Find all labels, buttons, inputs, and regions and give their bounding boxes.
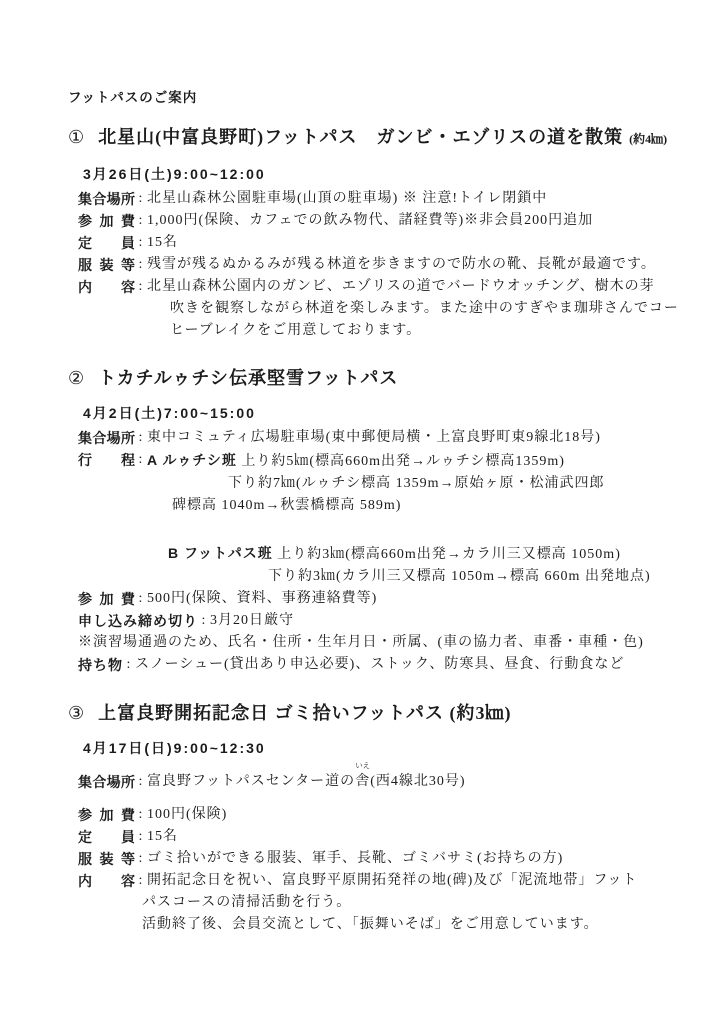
section-1: ① 北星山(中富良野町)フットパス ガンビ・エゾリスの道を散策 (約4㎞) 3月… [68, 124, 684, 342]
training-area-note: ※演習場通過のため、氏名・住所・生年月日・所属、(車の協力者、車番・車種・色) [78, 632, 684, 654]
meeting-place-label: 集合場所 [78, 427, 135, 449]
route-a-ascent: 上り約5㎞(標高660m出発→ルゥチシ標高1359m) [237, 454, 565, 469]
section-2-title-text: トカチルゥチシ伝承堅雪フットパス [98, 365, 398, 391]
meeting-place-value: 北星山森林公園駐車場(山頂の駐車場) ※ 注意!トイレ閉鎖中 [147, 188, 684, 210]
deadline-label: 申し込み締め切り [78, 610, 198, 632]
deadline-value: 3月20日厳守 [210, 610, 684, 632]
content-line-2: パスコースの清掃活動を行う。 [142, 892, 684, 914]
capacity-value: 15名 [147, 826, 684, 848]
fee-value: 500円(保険、資料、事務連絡費等) [147, 588, 684, 610]
capacity-row: 定員 : 15名 [78, 826, 684, 848]
section-3-title-text: 上富良野開拓記念日 ゴミ拾いフットパス (約3㎞) [98, 700, 511, 726]
meeting-place-value: 富良野フットパスセンター道のいえ舎(西4線北30号) [147, 771, 684, 793]
bring-row: 持ち物 : スノーシュー(貸出あり申込必要)、ストック、防寒具、昼食、行動食など [78, 654, 684, 676]
fee-row: 参加費 : 100円(保険) [78, 804, 684, 826]
route-b-line: B フットパス班 上り約3㎞(標高660m出発→カラ川三又標高 1050m) [168, 542, 684, 566]
section-2-date: 4月2日(土)7:00~15:00 [83, 402, 684, 424]
clothing-row: 服装等 : ゴミ拾いができる服装、軍手、長靴、ゴミバサミ(お持ちの方) [78, 848, 684, 870]
content-line-3: 活動終了後、会員交流として、「振舞いそば」をご用意しています。 [142, 914, 684, 936]
meeting-place-label: 集合場所 [78, 188, 135, 210]
ruby-ie: いえ舎 [355, 771, 370, 793]
clothing-row: 服装等 : 残雪が残るぬかるみが残る林道を歩きますので防水の靴、長靴が最適です。 [78, 254, 684, 276]
route-b-group-name: B フットパス班 [168, 545, 273, 561]
section-3-date: 4月17日(日)9:00~12:30 [83, 737, 684, 759]
section-1-number: ① [68, 124, 85, 150]
section-1-distance: (約4㎞) [629, 126, 667, 152]
section-1-title-text: 北星山(中富良野町)フットパス ガンビ・エゾリスの道を散策 [98, 124, 623, 150]
bring-label: 持ち物 [78, 654, 123, 676]
fee-label: 参加費 [78, 588, 135, 610]
meeting-place-address: (西4線北30号) [370, 774, 465, 789]
clothing-value: ゴミ拾いができる服装、軍手、長靴、ゴミバサミ(お持ちの方) [147, 848, 684, 870]
clothing-label: 服装等 [78, 848, 135, 870]
route-a-descent-line-1: 下り約7㎞(ルゥチシ標高 1359m→原始ヶ原・松浦武四郎 [228, 473, 684, 495]
page-title: フットパスのご案内 [68, 88, 684, 107]
route-row: 行程 : A ルゥチシ班 上り約5㎞(標高660m出発→ルゥチシ標高1359m) [78, 449, 684, 473]
route-a-descent-line-2: 碑標高 1040m→秋雲橋標高 589m) [172, 495, 684, 517]
colon: : [135, 771, 147, 793]
colon: : [135, 870, 147, 892]
section-3: ③ 上富良野開拓記念日 ゴミ拾いフットパス (約3㎞) 4月17日(日)9:00… [68, 700, 684, 936]
colon: : [135, 826, 147, 848]
meeting-place-row: 集合場所 : 北星山森林公園駐車場(山頂の駐車場) ※ 注意!トイレ閉鎖中 [78, 188, 684, 210]
route-b-descent-line: 下り約3㎞(カラ川三又標高 1050m→標高 660m 出発地点) [268, 566, 684, 588]
route-a-line: A ルゥチシ班 上り約5㎞(標高660m出発→ルゥチシ標高1359m) [147, 449, 684, 473]
document-page: フットパスのご案内 ① 北星山(中富良野町)フットパス ガンビ・エゾリスの道を散… [0, 0, 724, 1024]
colon: : [123, 654, 135, 676]
content-line-1: 北星山森林公園内のガンビ、エゾリスの道でバードウオッチング、樹木の芽 [147, 276, 684, 298]
furigana-ie: いえ [355, 762, 370, 770]
fee-label: 参加費 [78, 804, 135, 826]
colon: : [135, 210, 147, 232]
section-2-number: ② [68, 365, 85, 391]
colon: : [135, 848, 147, 870]
capacity-label: 定員 [78, 232, 135, 254]
content-line-2: 吹きを観察しながら林道を楽しみます。また途中のすぎやま珈琲さんでコー [170, 298, 684, 320]
clothing-value: 残雪が残るぬかるみが残る林道を歩きますので防水の靴、長靴が最適です。 [147, 254, 684, 276]
capacity-value: 15名 [147, 232, 684, 254]
deadline-row: 申し込み締め切り : 3月20日厳守 [78, 610, 684, 632]
meeting-place-row: 集合場所 : 富良野フットパスセンター道のいえ舎(西4線北30号) [78, 771, 684, 793]
meeting-place-text: 富良野フットパスセンター道の [147, 774, 355, 789]
meeting-place-value: 東中コミュティ広場駐車場(東中郵便局横・上富良野町東9線北18号) [147, 427, 684, 449]
colon: : [135, 588, 147, 610]
colon: : [135, 188, 147, 210]
clothing-label: 服装等 [78, 254, 135, 276]
route-b-ascent: 上り約3㎞(標高660m出発→カラ川三又標高 1050m) [273, 547, 621, 562]
fee-label: 参加費 [78, 210, 135, 232]
content-line-1: 開拓記念日を祝い、富良野平原開拓発祥の地(碑)及び「泥流地帯」フット [147, 870, 684, 892]
colon: : [135, 449, 147, 473]
colon: : [135, 276, 147, 298]
route-a-group-name: A ルゥチシ班 [147, 452, 237, 468]
fee-value: 1,000円(保険、カフェでの飲み物代、諸経費等)※非会員200円追加 [147, 210, 684, 232]
colon: : [135, 427, 147, 449]
content-row: 内容 : 北星山森林公園内のガンビ、エゾリスの道でバードウオッチング、樹木の芽 [78, 276, 684, 298]
section-3-number: ③ [68, 700, 85, 726]
capacity-label: 定員 [78, 826, 135, 848]
content-label: 内容 [78, 276, 135, 298]
route-label: 行程 [78, 449, 135, 473]
capacity-row: 定員 : 15名 [78, 232, 684, 254]
colon: : [135, 254, 147, 276]
colon: : [135, 232, 147, 254]
section-2: ② トカチルゥチシ伝承堅雪フットパス 4月2日(土)7:00~15:00 集合場… [68, 365, 684, 676]
section-1-date: 3月26日(土)9:00~12:00 [83, 163, 684, 185]
section-1-title: ① 北星山(中富良野町)フットパス ガンビ・エゾリスの道を散策 (約4㎞) [68, 124, 684, 152]
section-3-title: ③ 上富良野開拓記念日 ゴミ拾いフットパス (約3㎞) [68, 700, 684, 726]
section-2-title: ② トカチルゥチシ伝承堅雪フットパス [68, 365, 684, 391]
fee-value: 100円(保険) [147, 804, 684, 826]
fee-row: 参加費 : 1,000円(保険、カフェでの飲み物代、諸経費等)※非会員200円追… [78, 210, 684, 232]
meeting-place-row: 集合場所 : 東中コミュティ広場駐車場(東中郵便局横・上富良野町東9線北18号) [78, 427, 684, 449]
meeting-place-label: 集合場所 [78, 771, 135, 793]
colon: : [135, 804, 147, 826]
content-row: 内容 : 開拓記念日を祝い、富良野平原開拓発祥の地(碑)及び「泥流地帯」フット [78, 870, 684, 892]
ruby-base-ie: 舎 [355, 774, 370, 789]
content-line-3: ヒーブレイクをご用意しております。 [170, 320, 684, 342]
content-label: 内容 [78, 870, 135, 892]
colon: : [198, 610, 210, 632]
fee-row: 参加費 : 500円(保険、資料、事務連絡費等) [78, 588, 684, 610]
bring-value: スノーシュー(貸出あり申込必要)、ストック、防寒具、昼食、行動食など [135, 654, 684, 676]
